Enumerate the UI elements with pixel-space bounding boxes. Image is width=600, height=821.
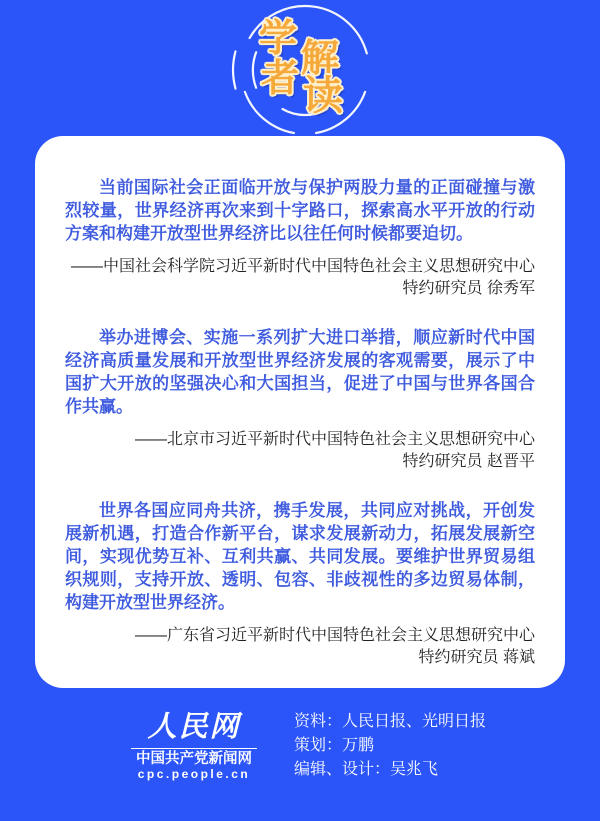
credit-editor-designer: 编辑、设计：吴兆飞 (294, 758, 486, 782)
attribution-source: ——中国社会科学院习近平新时代中国特色社会主义思想研究中心 (65, 256, 535, 278)
credits-block: 资料：人民日报、光明日报 策划：万鹏 编辑、设计：吴兆飞 (294, 710, 486, 782)
quote-attribution: ——北京市习近平新时代中国特色社会主义思想研究中心 特约研究员 赵晋平 (65, 429, 535, 473)
quote-attribution: ——中国社会科学院习近平新时代中国特色社会主义思想研究中心 特约研究员 徐秀军 (65, 256, 535, 300)
logo-url: cpc.people.cn (131, 767, 257, 781)
quotes-card: 当前国际社会正面临开放与保护两股力量的正面碰撞与激烈较量，世界经济再次来到十字路… (35, 136, 565, 688)
poster-background: 学 解 者 读 当前国际社会正面临开放与保护两股力量的正面碰撞与激烈较量，世界经… (0, 0, 600, 821)
attribution-source: ——北京市习近平新时代中国特色社会主义思想研究中心 (65, 429, 535, 451)
attribution-author: 特约研究员 蒋斌 (65, 647, 535, 669)
credit-planning: 策划：万鹏 (294, 734, 486, 758)
badge-char-zhe: 者 (261, 60, 299, 98)
logo-title: 人民网 (131, 706, 257, 748)
peoples-daily-logo: 人民网 中国共产党新闻网 cpc.people.cn (131, 706, 257, 781)
attribution-source: ——广东省习近平新时代中国特色社会主义思想研究中心 (65, 625, 535, 647)
logo-subtitle: 中国共产党新闻网 (131, 748, 257, 767)
badge-char-xue: 学 (259, 20, 297, 58)
badge-char-jie: 解 (301, 40, 339, 78)
badge-char-du: 读 (303, 76, 343, 116)
credit-source: 资料：人民日报、光明日报 (294, 710, 486, 734)
quote-text: 举办进博会、实施一系列扩大进口举措，顺应新时代中国经济高质量发展和开放型世界经济… (65, 326, 535, 418)
quote-attribution: ——广东省习近平新时代中国特色社会主义思想研究中心 特约研究员 蒋斌 (65, 625, 535, 669)
attribution-author: 特约研究员 徐秀军 (65, 278, 535, 300)
quote-text: 世界各国应同舟共济，携手发展，共同应对挑战，开创发展新机遇，打造合作新平台，谋求… (65, 499, 535, 614)
attribution-author: 特约研究员 赵晋平 (65, 451, 535, 473)
quote-text: 当前国际社会正面临开放与保护两股力量的正面碰撞与激烈较量，世界经济再次来到十字路… (65, 176, 535, 245)
